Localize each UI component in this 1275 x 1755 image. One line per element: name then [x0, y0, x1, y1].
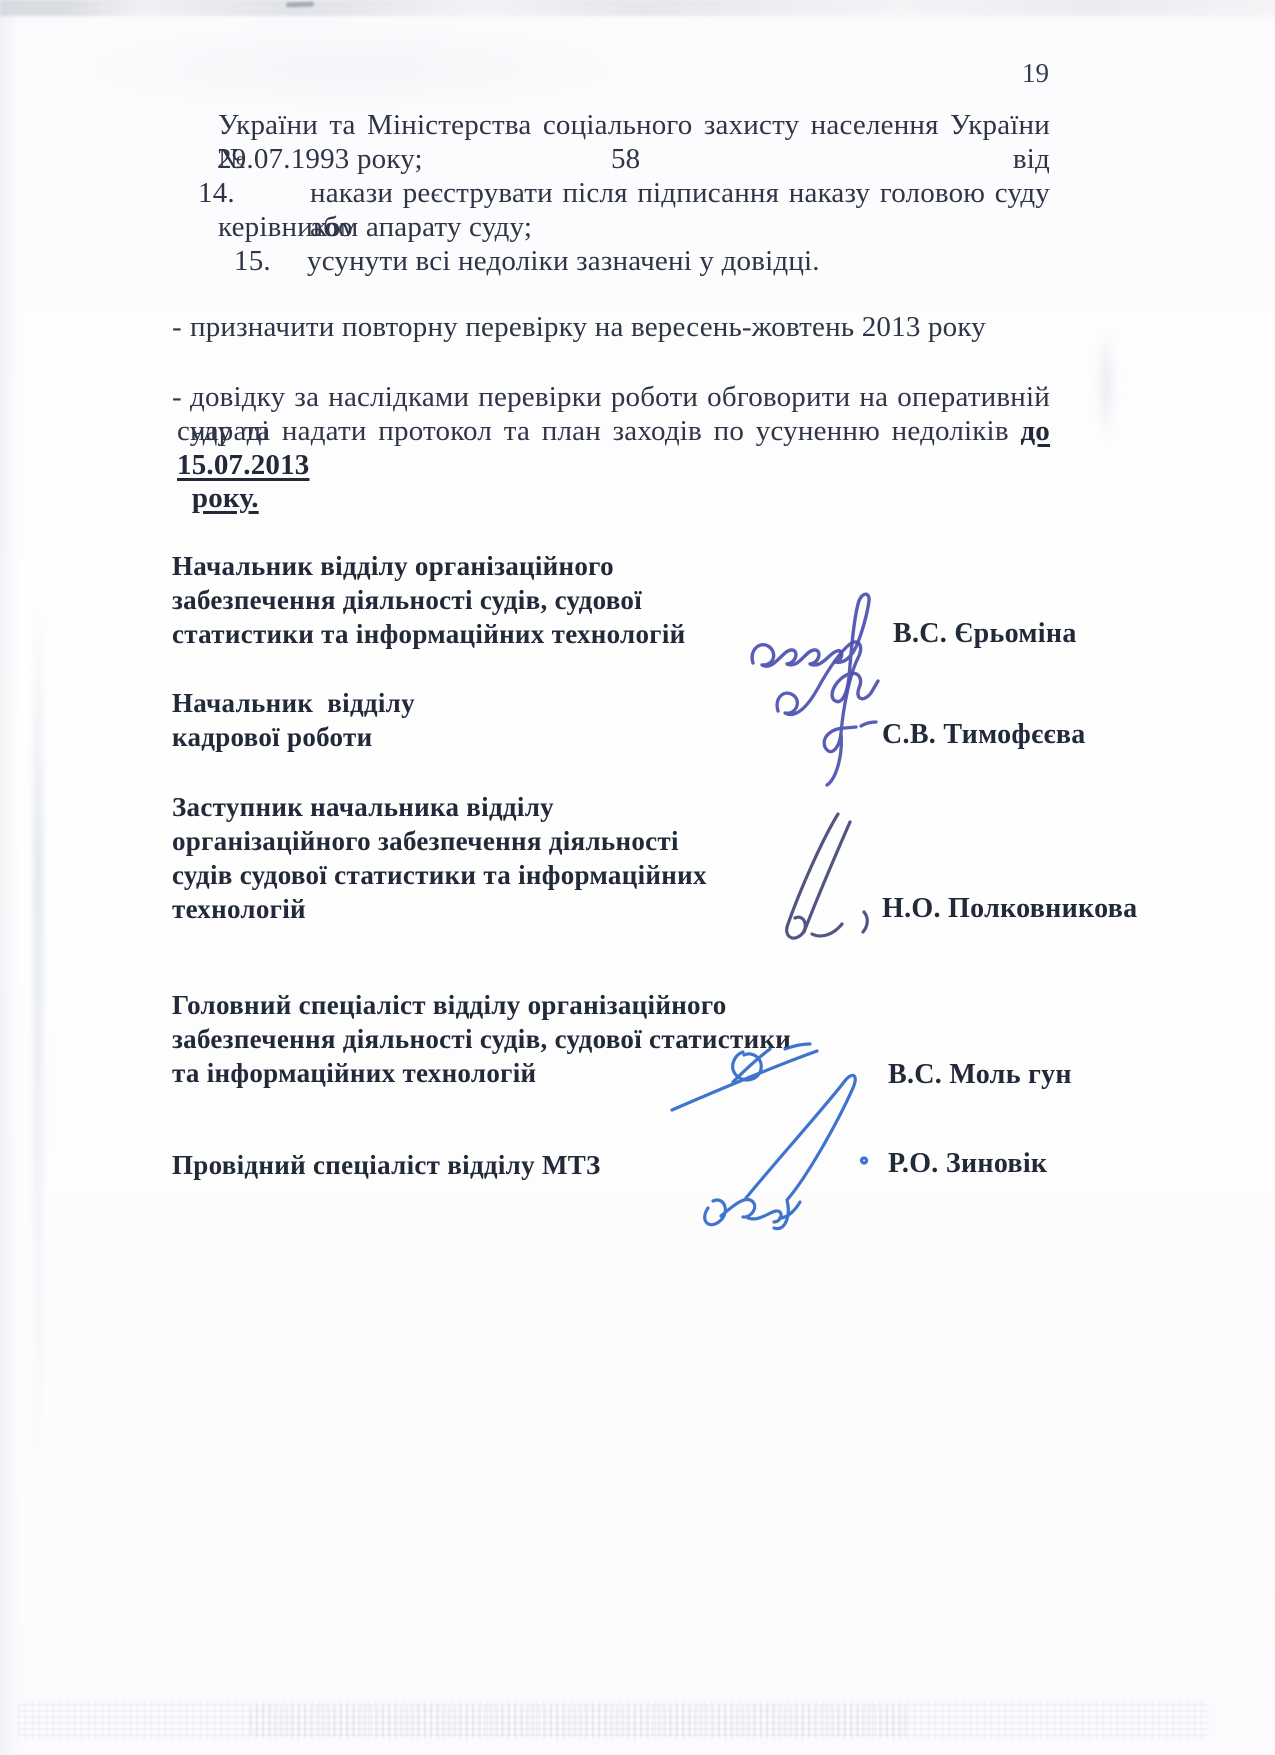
signatory-title-line: технологій — [172, 892, 306, 926]
paragraph-line: 29.07.1993 року; — [217, 142, 423, 176]
signatory-title-line: Провідний спеціаліст відділу МТЗ — [172, 1148, 601, 1182]
list-item-text: керівником апарату суду; — [218, 210, 532, 244]
list-item-text: усунути всі недоліки зазначені у довідці… — [307, 244, 1050, 278]
scan-artifact-left-streak — [33, 600, 43, 1480]
list-item: 15. усунути всі недоліки зазначені у дов… — [234, 244, 1050, 278]
scan-artifact-bottom-noise — [18, 1700, 1208, 1740]
signatory-title-line: статистики та інформаційних технологій — [172, 617, 686, 651]
signature-zynovik-ink — [688, 1066, 883, 1236]
scan-artifact-top-dash — [286, 2, 314, 8]
signatory-name: Н.О. Полковникова — [882, 893, 1137, 925]
scan-artifact-top-wash — [40, 18, 660, 118]
dash-item: - призначити повторну перевірку на верес… — [172, 310, 1052, 344]
signature-polkovnykova-ink — [760, 806, 905, 946]
dash-item-text-plain: суду та надати протокол та план заходів … — [177, 415, 1009, 447]
signatory-title-line: Начальник відділу організаційного — [172, 549, 614, 583]
signatory-name: В.С. Єрьоміна — [893, 618, 1077, 650]
document-page: { "page": { "number": "19" }, "colors": … — [0, 0, 1275, 1755]
signatory-name: В.С. Моль гун — [888, 1059, 1072, 1091]
dash-item-text: року. — [177, 447, 259, 515]
dash-bullet: - — [172, 310, 190, 344]
signatory-title-line: організаційного забезпечення діяльності — [172, 824, 679, 858]
page-number: 19 — [1022, 58, 1049, 89]
scan-artifact-left-edge — [0, 0, 20, 1755]
list-item-number: 15. — [234, 244, 307, 278]
dash-item-text: призначити повторну перевірку на вересен… — [190, 310, 1052, 344]
signature-tymofeyeva-ink — [766, 636, 916, 791]
signatory-title-line: судів судової статистики та інформаційни… — [172, 858, 707, 892]
signatory-title-line: кадрової роботи — [172, 720, 372, 754]
scan-artifact-right-smudge — [1094, 330, 1118, 440]
dash-item-text: суду та надати протокол та план заходів … — [177, 414, 1050, 482]
signatory-title-line: забезпечення діяльності судів, судової — [172, 583, 642, 617]
signatory-title-line: та інформаційних технологій — [172, 1056, 536, 1090]
deadline-emphasis: року. — [192, 482, 259, 514]
scan-artifact-top-edge — [0, 0, 1275, 16]
signatory-title-line: Заступник начальника відділу — [172, 790, 554, 824]
signatory-name: Р.О. Зиновік — [888, 1148, 1047, 1180]
scan-artifact-bottom-noise-dense — [250, 1705, 910, 1737]
signatory-title-line: Головний спеціаліст відділу організаційн… — [172, 988, 727, 1022]
signatory-title-line: Начальник відділу — [172, 686, 415, 720]
